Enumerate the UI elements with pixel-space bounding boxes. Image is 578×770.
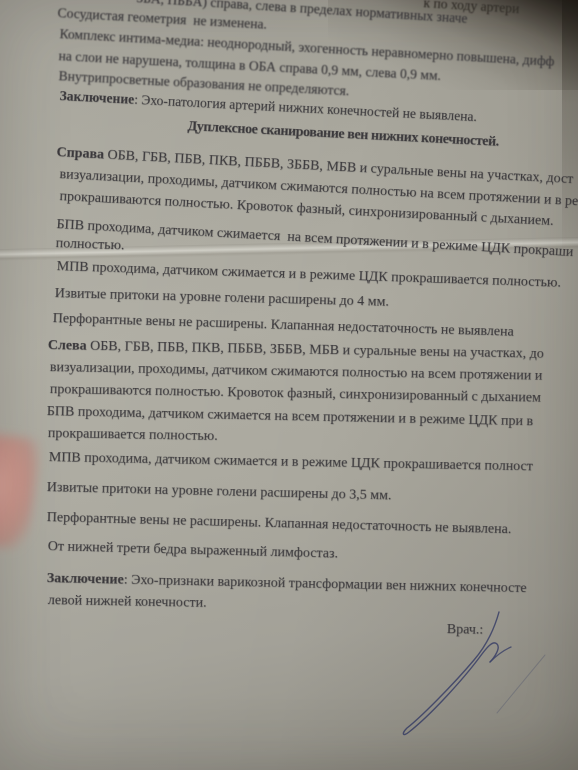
photo-vignette [0,0,578,770]
document-photo: к по ходу артери ЗБА, ПББА) справа, слев… [0,0,578,770]
